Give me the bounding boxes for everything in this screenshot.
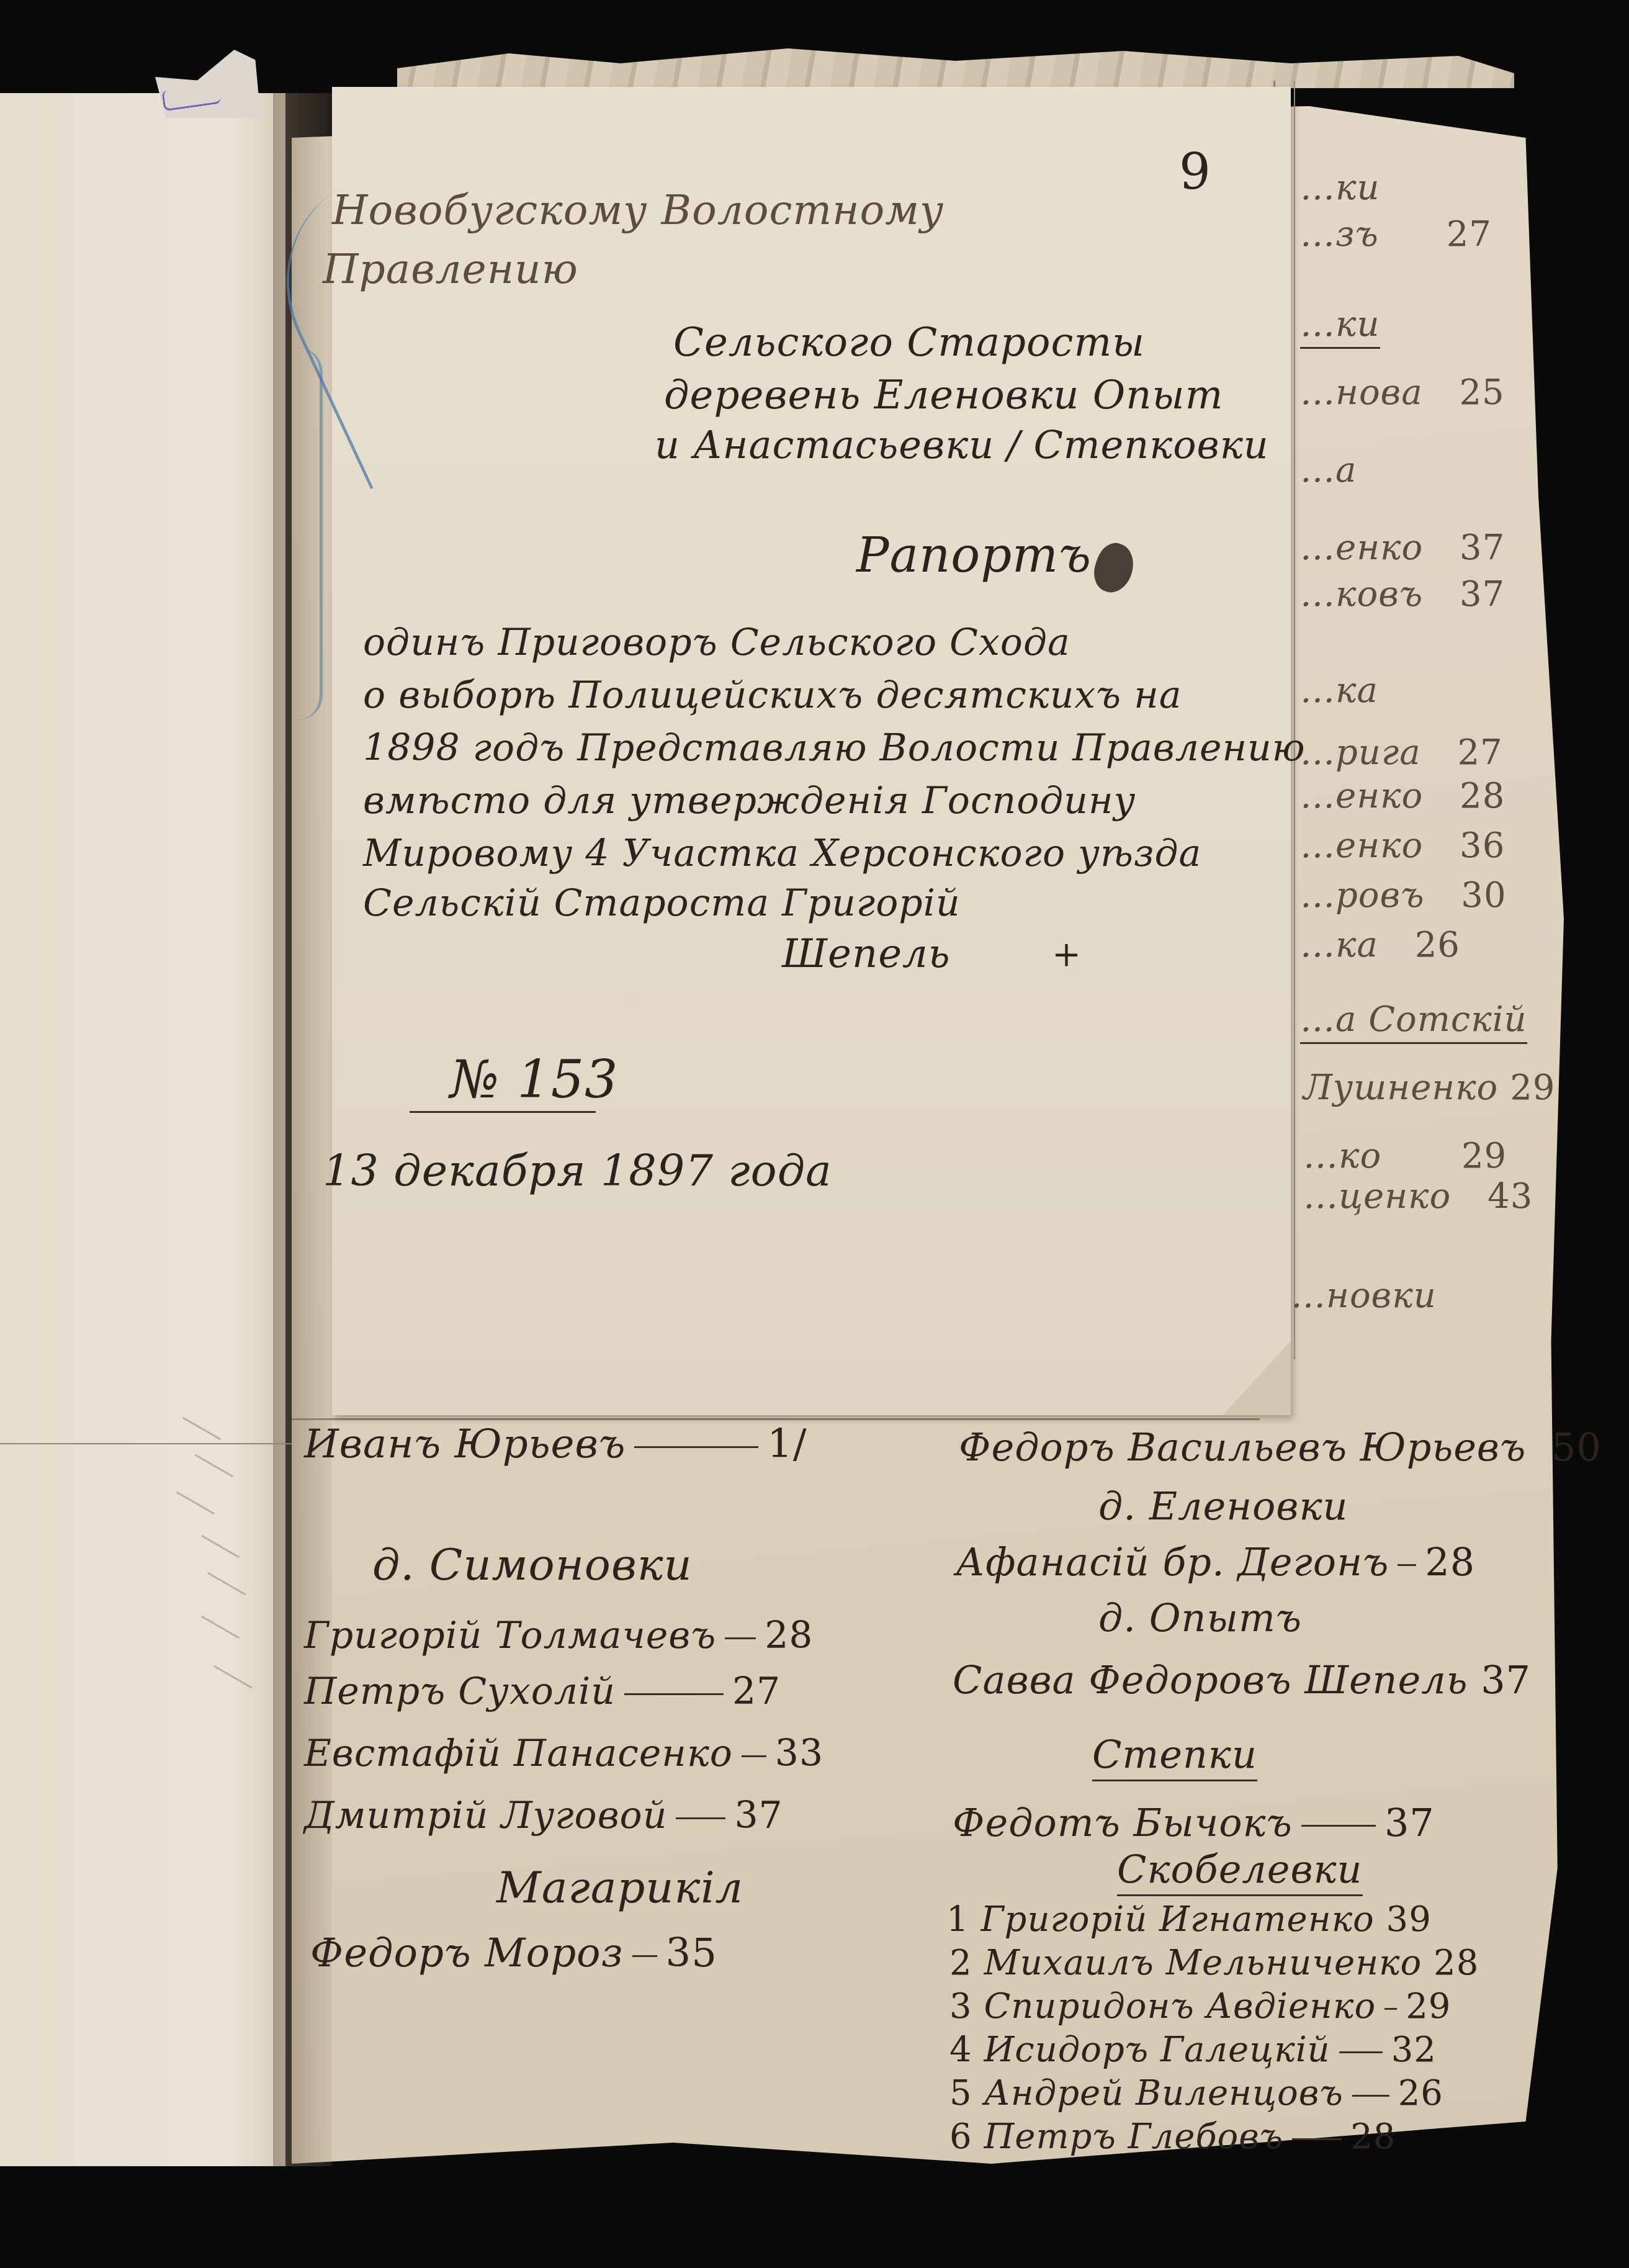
sender-line: и Анастасьевки / Степковки xyxy=(655,422,1269,467)
ruled-margin-line xyxy=(1294,81,1295,1359)
edge-fragment: …зъ 27 xyxy=(1300,214,1492,254)
addressee-line: Правлению xyxy=(323,245,578,293)
report-title: Рапортъ xyxy=(856,528,1092,583)
list-entry: Федоръ Васильевъ Юрьевъ 50 xyxy=(959,1424,1602,1470)
torn-top-edge xyxy=(397,38,1514,88)
edge-fragment: …ки xyxy=(1300,304,1380,344)
left-folded-flap xyxy=(0,93,285,2166)
list-entry: Афанасій бр. Дегонъ28 xyxy=(956,1539,1475,1585)
edge-fragment: …ковъ 37 xyxy=(1300,574,1505,614)
section-heading: Скобелевки xyxy=(1117,1847,1363,1892)
document-number: № 153 xyxy=(450,1049,619,1110)
list-entry: 1 Григорій Игнатенко 39 xyxy=(946,1899,1432,1940)
edge-fragment: …нова 25 xyxy=(1300,372,1505,413)
list-entry: Иванъ Юрьевъ1/ xyxy=(304,1421,807,1467)
section-heading: д. Симоновки xyxy=(372,1539,693,1590)
section-heading: Магарикіл xyxy=(496,1862,743,1913)
edge-fragment: …ка xyxy=(1300,670,1378,711)
edge-fragment: …ка 26 xyxy=(1300,925,1460,965)
list-entry: Григорій Толмачевъ28 xyxy=(304,1614,814,1657)
edge-fragment: …енко 37 xyxy=(1300,528,1505,568)
body-line: Сельскій Староста Григорій xyxy=(363,881,961,925)
list-entry: Петръ Сухолій27 xyxy=(304,1670,781,1713)
edge-fragment: …енко 36 xyxy=(1300,826,1505,866)
number-underline xyxy=(410,1111,596,1113)
edge-fragment: …енко 28 xyxy=(1300,776,1505,816)
edge-fragment: …ценко 43 xyxy=(1303,1176,1533,1217)
page-number: 9 xyxy=(1179,143,1211,200)
section-heading: д. Опытъ xyxy=(1098,1595,1302,1640)
body-line: вмѣсто для утвержденія Господину xyxy=(363,779,1136,822)
sender-line: Сельского Старосты xyxy=(673,320,1145,366)
body-line: одинъ Приговоръ Сельского Схода xyxy=(363,621,1070,664)
body-line: о выборѣ Полицейскихъ десятскихъ на xyxy=(363,673,1182,717)
list-entry: Федоръ Мороз35 xyxy=(310,1930,717,1976)
signature-cross-mark: + xyxy=(1052,934,1082,974)
edge-fragment: …а Сотскій xyxy=(1300,999,1527,1040)
edge-fragment: …а xyxy=(1300,450,1357,490)
signature: Шепель xyxy=(782,931,951,977)
edge-fragment: …ки xyxy=(1300,168,1380,208)
sender-line: деревень Еленовки Опыт xyxy=(664,372,1223,418)
faint-pencil-marks xyxy=(143,1415,279,1726)
list-entry: Савва Федоровъ Шепель 37 xyxy=(953,1657,1531,1703)
list-entry: Федотъ Бычокъ37 xyxy=(953,1800,1435,1845)
list-entry: Дмитрій Луговой37 xyxy=(304,1794,783,1837)
edge-fragment: …рига 27 xyxy=(1300,732,1503,773)
edge-fragment: …новки xyxy=(1291,1276,1437,1316)
edge-fragment: …ровъ 30 xyxy=(1300,875,1507,916)
edge-fragment: Лушненко 29 xyxy=(1303,1068,1555,1108)
document-date: 13 декабря 1897 года xyxy=(323,1145,832,1196)
list-entry: 4 Исидоръ Галецкій32 xyxy=(949,2030,1437,2070)
list-entry: 3 Спиридонъ Авдіенко29 xyxy=(949,1986,1451,2027)
blue-pencil-annotation-icon xyxy=(282,348,323,720)
list-entry: Евстафій Панасенко33 xyxy=(304,1732,823,1775)
list-entry: 2 Михаилъ Мельниченко 28 xyxy=(949,1943,1479,1983)
section-heading: д. Еленовки xyxy=(1098,1483,1348,1529)
list-entry: 5 Андрей Виленцовъ26 xyxy=(949,2073,1443,2113)
section-heading: Степки xyxy=(1092,1732,1257,1777)
list-entry: 6 Петръ Глебовъ28 xyxy=(949,2117,1396,2157)
edge-fragment: …ко 29 xyxy=(1303,1136,1507,1176)
addressee-line: Новобугскому Волостному xyxy=(332,186,944,234)
fold-crease xyxy=(292,1418,1260,1420)
body-line: Мировому 4 Участка Херсонского уѣзда xyxy=(363,832,1201,875)
body-line: 1898 годъ Представляю Волости Правлению xyxy=(363,726,1305,770)
